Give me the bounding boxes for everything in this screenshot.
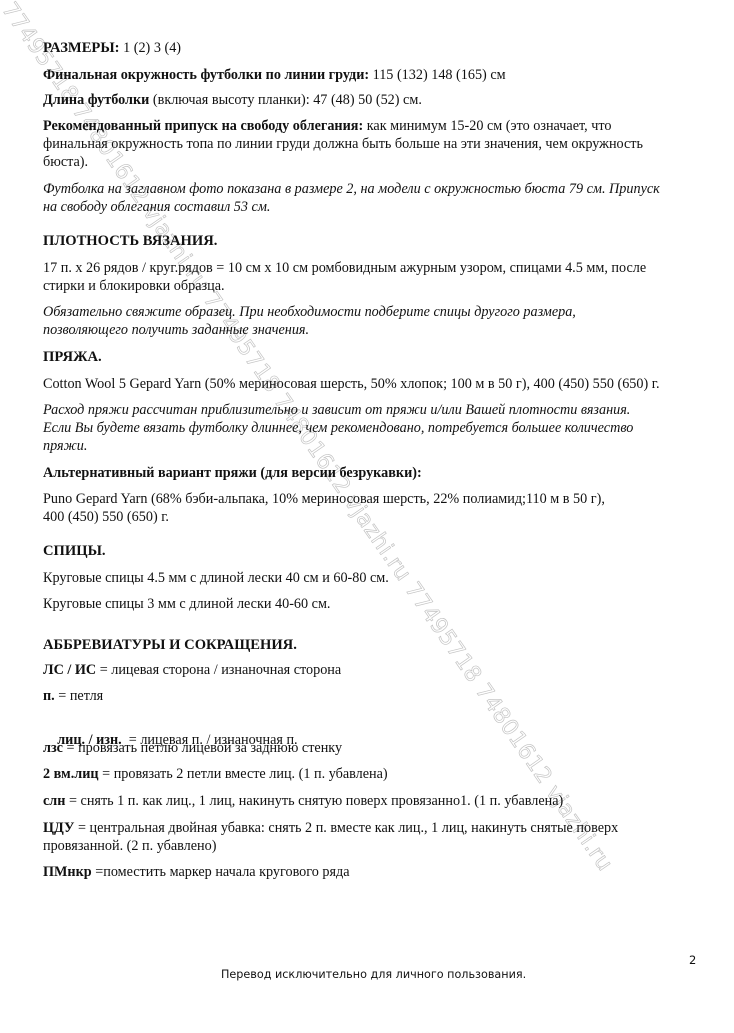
- alt-yarn-line-1: Puno Gepard Yarn (68% бэби-альпака, 10% …: [43, 490, 605, 508]
- gauge-line-2: стирки и блокировки образца.: [43, 277, 225, 295]
- ease-line-3: бюста).: [43, 153, 88, 171]
- page-number: 2: [689, 953, 696, 967]
- yarn-note-2: Если Вы будете вязать футболку длиннее, …: [43, 419, 633, 437]
- abbrev-item: ЛС / ИС = лицевая сторона / изнаночная с…: [43, 661, 341, 679]
- length-value: (включая высоту планки): 47 (48) 50 (52)…: [149, 92, 422, 108]
- abbrev-term: ЛС / ИС: [43, 662, 96, 678]
- gauge-line-1: 17 п. х 26 рядов / круг.рядов = 10 см х …: [43, 259, 646, 277]
- abbrev-item: лзс = провязать петлю лицевой за заднюю …: [43, 739, 342, 757]
- photo-note-line-2: на свободу облегания составил 53 см.: [43, 198, 270, 216]
- alt-yarn-line-2: 400 (450) 550 (650) г.: [43, 508, 169, 526]
- abbreviations-heading: АББРЕВИАТУРЫ И СОКРАЩЕНИЯ.: [43, 636, 297, 654]
- length-line: Длина футболки (включая высоту планки): …: [43, 91, 422, 109]
- length-label: Длина футболки: [43, 92, 149, 108]
- abbrev-definition: =поместить маркер начала кругового ряда: [92, 864, 350, 880]
- abbrev-definition: = провязать 2 петли вместе лиц. (1 п. уб…: [99, 766, 388, 782]
- page-footer: Перевод исключительно для личного пользо…: [221, 968, 526, 981]
- abbrev-term: п.: [43, 688, 55, 704]
- abbrev-item: ПМнкр =поместить маркер начала кругового…: [43, 863, 350, 881]
- sizes-label: РАЗМЕРЫ:: [43, 40, 120, 56]
- sizes-value: 1 (2) 3 (4): [120, 40, 181, 56]
- chest-value: 115 (132) 148 (165) см: [369, 67, 506, 83]
- chest-label: Финальная окружность футболки по линии г…: [43, 67, 369, 83]
- needles-line-1: Круговые спицы 4.5 мм с длиной лески 40 …: [43, 569, 389, 587]
- abbrev-definition: = провязать петлю лицевой за заднюю стен…: [63, 740, 342, 756]
- chest-line: Финальная окружность футболки по линии г…: [43, 66, 506, 84]
- gauge-note-2: позволяющего получить заданные значения.: [43, 321, 309, 339]
- yarn-heading: ПРЯЖА.: [43, 348, 102, 366]
- abbrev-definition: = центральная двойная убавка: снять 2 п.…: [74, 820, 618, 836]
- abbrev-definition: = петля: [55, 688, 103, 704]
- abbrev-item: ЦДУ = центральная двойная убавка: снять …: [43, 819, 618, 837]
- abbrev-definition: = снять 1 п. как лиц., 1 лиц, накинуть с…: [65, 793, 563, 809]
- document-page: 77495718 74801612 vjazhi.ru 77495718 748…: [0, 0, 734, 1033]
- abbrev-term: ПМнкр: [43, 864, 92, 880]
- ease-line-2: финальная окружность топа по линии груди…: [43, 135, 643, 153]
- abbrev-term: слн: [43, 793, 65, 809]
- abbrev-term: 2 вм.лиц: [43, 766, 99, 782]
- gauge-heading: ПЛОТНОСТЬ ВЯЗАНИЯ.: [43, 232, 217, 250]
- abbrev-item: п. = петля: [43, 687, 103, 705]
- abbrev-item: 2 вм.лиц = провязать 2 петли вместе лиц.…: [43, 765, 388, 783]
- yarn-note-1: Расход пряжи рассчитан приблизительно и …: [43, 401, 630, 419]
- sizes-line: РАЗМЕРЫ: 1 (2) 3 (4): [43, 39, 181, 57]
- yarn-note-3: пряжи.: [43, 437, 87, 455]
- yarn-line-1: Cotton Wool 5 Gepard Yarn (50% мериносов…: [43, 375, 660, 393]
- abbrev-definition: = лицевая сторона / изнаночная сторона: [96, 662, 341, 678]
- abbrev-item: слн = снять 1 п. как лиц., 1 лиц, накину…: [43, 792, 563, 810]
- ease-label: Рекомендованный припуск на свободу облег…: [43, 118, 363, 134]
- ease-value: как минимум 15-20 см (это означает, что: [363, 118, 611, 134]
- ease-line-1: Рекомендованный припуск на свободу облег…: [43, 117, 611, 135]
- needles-line-2: Круговые спицы 3 мм с длиной лески 40-60…: [43, 595, 330, 613]
- abbrev-item-continuation: провязанной. (2 п. убавлено): [43, 837, 216, 855]
- alt-yarn-heading: Альтернативный вариант пряжи (для версии…: [43, 464, 422, 482]
- gauge-note-1: Обязательно свяжите образец. При необход…: [43, 303, 576, 321]
- abbrev-term: лзс: [43, 740, 63, 756]
- abbrev-term: ЦДУ: [43, 820, 74, 836]
- photo-note-line-1: Футболка на заглавном фото показана в ра…: [43, 180, 660, 198]
- needles-heading: СПИЦЫ.: [43, 542, 106, 560]
